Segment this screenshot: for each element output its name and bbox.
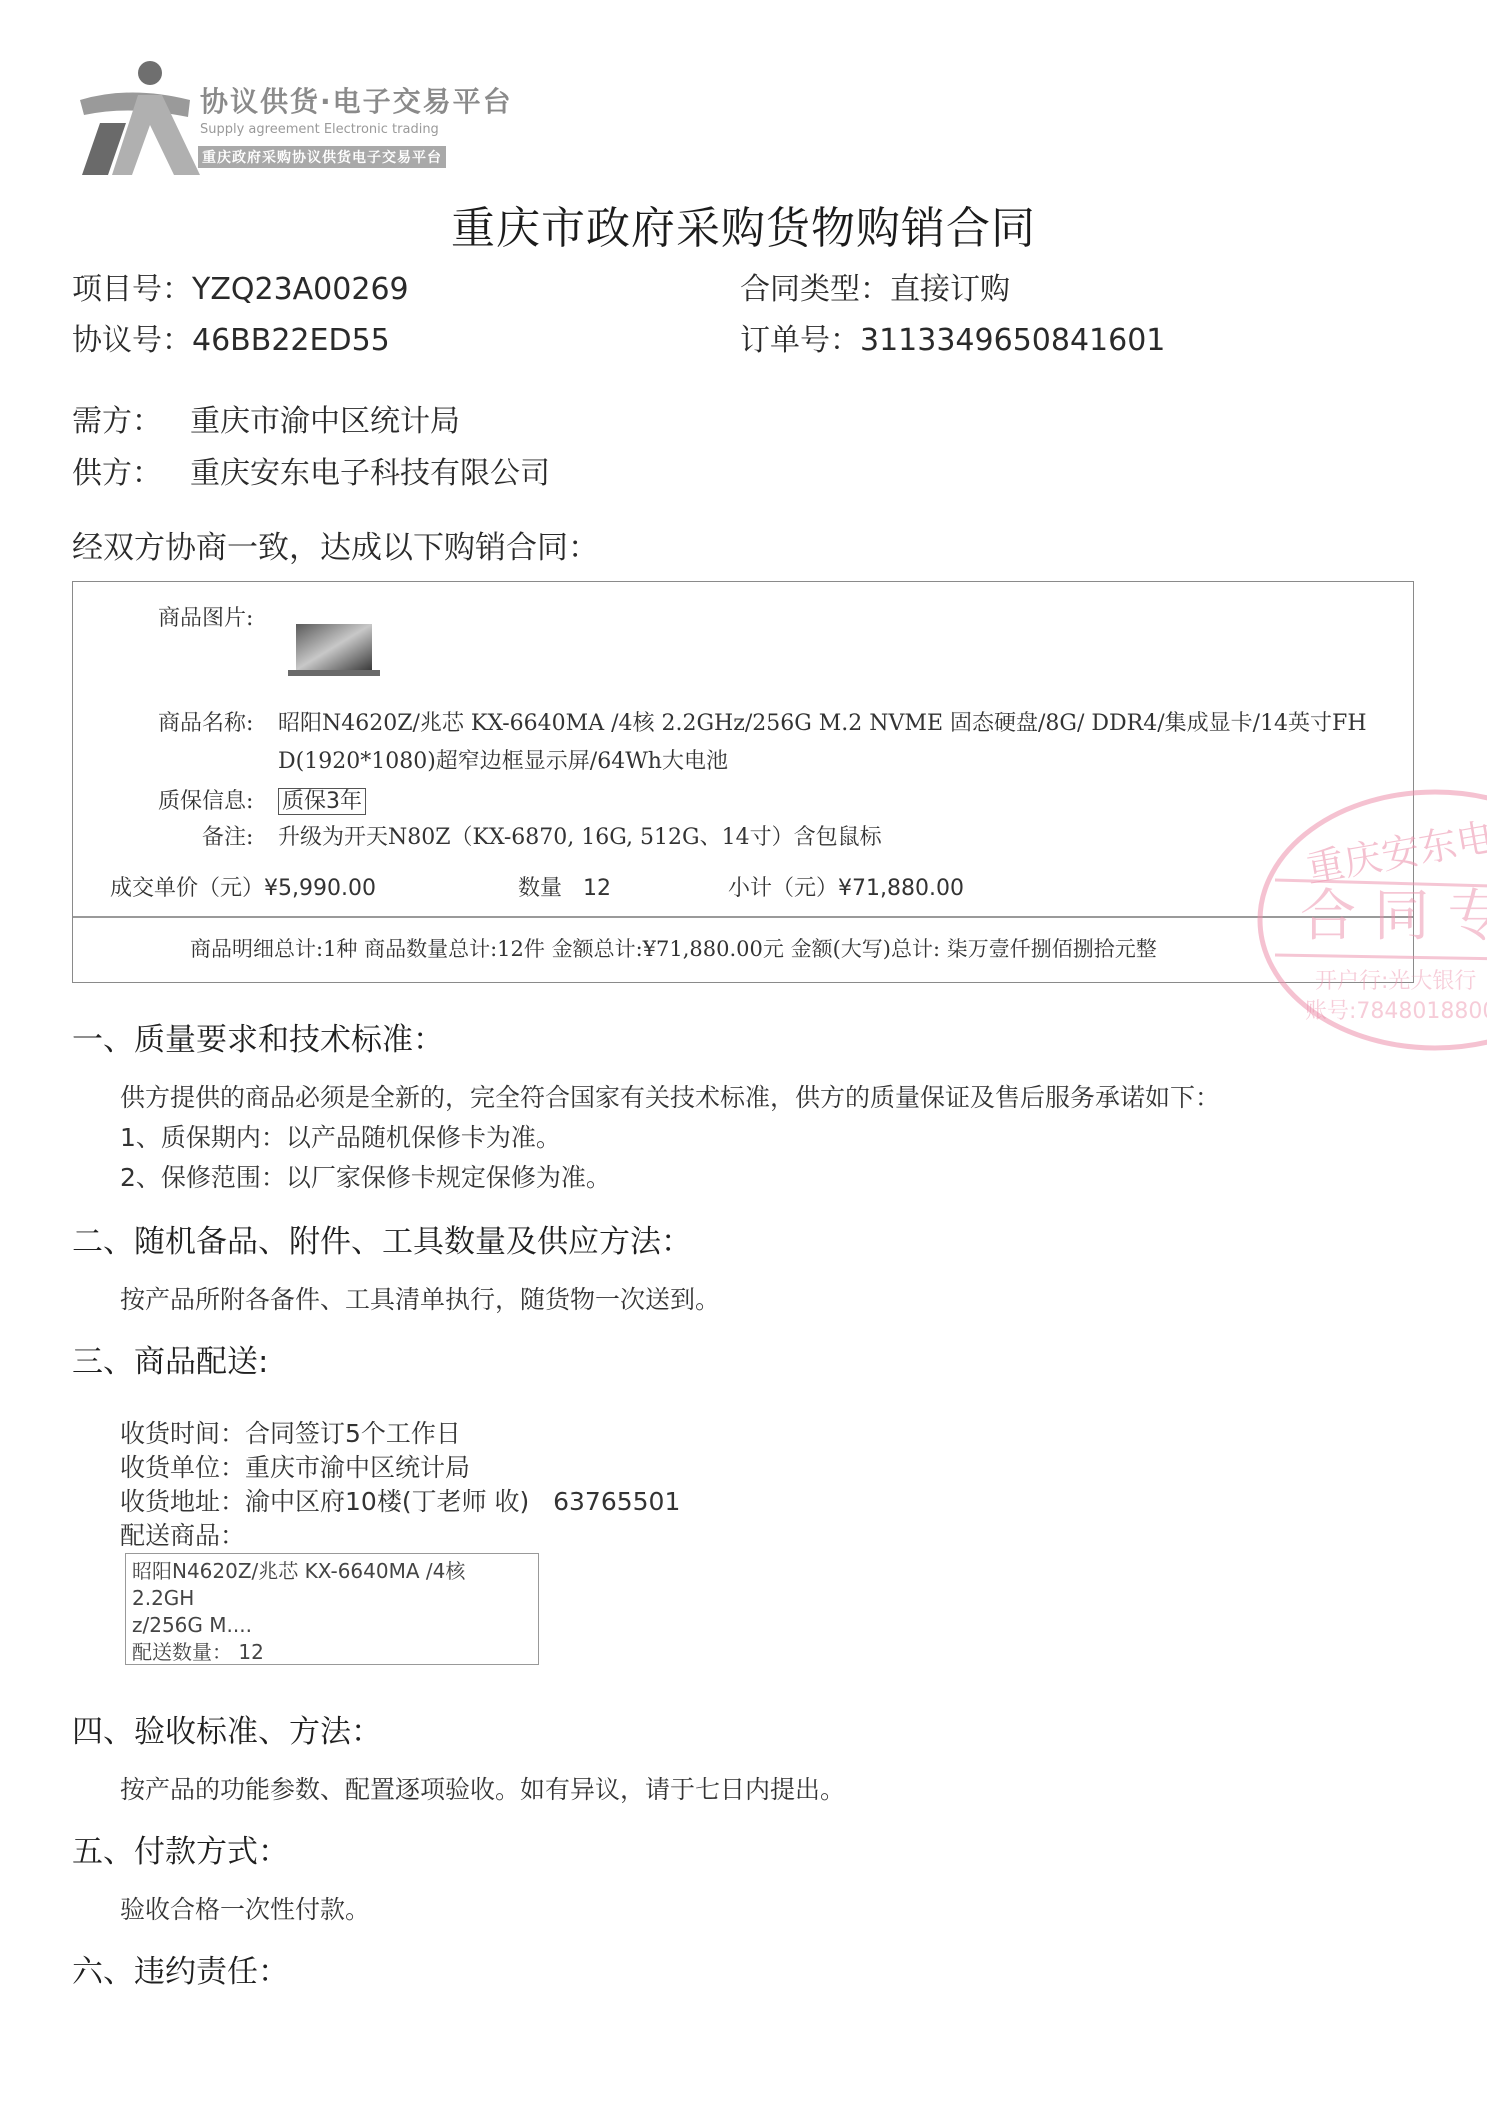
svg-text:账号:78480188000: 账号:78480188000 bbox=[1305, 999, 1487, 1024]
payment-line-1: 验收合格一次性付款。 bbox=[120, 1890, 370, 1926]
laptop-product-image-icon bbox=[288, 622, 380, 678]
supplier-label: 供方： bbox=[72, 448, 190, 492]
goods-name-line1: 昭阳N4620Z/兆芯 KX-6640MA /4核 2.2GHz/256G M.… bbox=[278, 706, 1367, 737]
project-number-label: 项目号： bbox=[72, 272, 192, 307]
divider bbox=[73, 916, 1413, 918]
unit-price: 成交单价（元）¥5,990.00 bbox=[110, 871, 376, 902]
delivery-time-label: 收货时间： bbox=[120, 1419, 245, 1448]
logo-subtitle-cn: 重庆政府采购协议供货电子交易平台 bbox=[198, 146, 446, 168]
order-number: 订单号：3113349650841601 bbox=[740, 315, 1165, 359]
agreement-number-value: 46BB22ED55 bbox=[192, 323, 390, 358]
goods-image-label: 商品图片: bbox=[158, 601, 253, 632]
quality-line-1: 供方提供的商品必须是全新的，完全符合国家有关技术标准，供方的质量保证及售后服务承… bbox=[120, 1078, 1220, 1114]
unit-price-label: 成交单价（元） bbox=[110, 876, 264, 901]
delivery-quantity: 配送数量： 12 bbox=[132, 1639, 532, 1666]
warranty-value: 质保3年 bbox=[278, 788, 366, 815]
delivery-unit-label: 收货单位： bbox=[120, 1453, 245, 1482]
delivery-unit: 收货单位：重庆市渝中区统计局 bbox=[120, 1448, 470, 1484]
quality-line-2: 1、质保期内：以产品随机保修卡为准。 bbox=[120, 1118, 561, 1154]
delivery-address-label: 收货地址： bbox=[120, 1487, 245, 1516]
project-number-value: YZQ23A00269 bbox=[192, 272, 409, 307]
section-heading-acceptance: 四、验收标准、方法： bbox=[72, 1706, 382, 1751]
section-heading-liability: 六、违约责任： bbox=[72, 1946, 289, 1991]
section-heading-accessories: 二、随机备品、附件、工具数量及供应方法： bbox=[72, 1216, 692, 1261]
supplier: 供方：重庆安东电子科技有限公司 bbox=[72, 448, 550, 492]
accessories-line-1: 按产品所附各备件、工具清单执行，随货物一次送到。 bbox=[120, 1280, 720, 1316]
order-number-value: 3113349650841601 bbox=[860, 323, 1165, 358]
supplier-value: 重庆安东电子科技有限公司 bbox=[190, 456, 550, 491]
delivery-address: 收货地址：渝中区府10楼(丁老师 收) 63765501 bbox=[120, 1482, 680, 1518]
quantity: 数量 12 bbox=[518, 871, 611, 902]
delivery-time: 收货时间：合同签订5个工作日 bbox=[120, 1414, 461, 1450]
buyer-label: 需方： bbox=[72, 396, 190, 440]
remark-label: 备注: bbox=[202, 820, 253, 851]
project-number: 项目号：YZQ23A00269 bbox=[72, 264, 409, 308]
contract-type-value: 直接订购 bbox=[890, 272, 1010, 307]
delivery-quantity-value: 12 bbox=[238, 1640, 263, 1664]
quantity-label: 数量 bbox=[518, 876, 562, 901]
delivery-goods-line1: 昭阳N4620Z/兆芯 KX-6640MA /4核 2.2GH bbox=[132, 1558, 532, 1612]
agreement-number-label: 协议号： bbox=[72, 323, 192, 358]
goods-name-line2: D(1920*1080)超窄边框显示屏/64Wh大电池 bbox=[278, 744, 728, 775]
section-heading-delivery: 三、商品配送: bbox=[72, 1336, 268, 1381]
unit-price-value: ¥5,990.00 bbox=[264, 876, 376, 901]
document-title: 重庆市政府采购货物购销合同 bbox=[0, 192, 1487, 256]
quantity-value: 12 bbox=[583, 876, 611, 901]
platform-logo-icon bbox=[70, 45, 210, 185]
logo-title: 协议供货·电子交易平台 bbox=[200, 80, 513, 120]
acceptance-line-1: 按产品的功能参数、配置逐项验收。如有异议，请于七日内提出。 bbox=[120, 1770, 845, 1806]
warranty-label: 质保信息: bbox=[158, 784, 253, 815]
goods-summary: 商品明细总计:1种 商品数量总计:12件 金额总计:¥71,880.00元 金额… bbox=[190, 933, 1157, 963]
goods-detail-box bbox=[72, 581, 1414, 983]
buyer: 需方：重庆市渝中区统计局 bbox=[72, 396, 460, 440]
contract-type: 合同类型：直接订购 bbox=[740, 264, 1010, 308]
section-heading-quality: 一、质量要求和技术标准： bbox=[72, 1014, 444, 1059]
contract-type-label: 合同类型： bbox=[740, 272, 890, 307]
delivery-goods-label: 配送商品： bbox=[120, 1516, 245, 1552]
goods-name-label: 商品名称: bbox=[158, 706, 253, 737]
section-heading-payment: 五、付款方式： bbox=[72, 1826, 289, 1871]
order-number-label: 订单号： bbox=[740, 323, 860, 358]
agreement-number: 协议号：46BB22ED55 bbox=[72, 315, 390, 359]
subtotal: 小计（元）¥71,880.00 bbox=[728, 871, 964, 902]
delivery-goods-box: 昭阳N4620Z/兆芯 KX-6640MA /4核 2.2GH z/256G M… bbox=[125, 1553, 539, 1665]
delivery-address-value: 渝中区府10楼(丁老师 收) 63765501 bbox=[245, 1487, 680, 1516]
remark-value: 升级为开天N80Z（KX-6870, 16G, 512G、14寸）含包鼠标 bbox=[278, 820, 882, 851]
subtotal-label: 小计（元） bbox=[728, 876, 838, 901]
delivery-time-value: 合同签订5个工作日 bbox=[245, 1419, 461, 1448]
warranty-badge: 质保3年 bbox=[278, 784, 366, 815]
contract-intro: 经双方协商一致，达成以下购销合同： bbox=[72, 522, 599, 567]
buyer-value: 重庆市渝中区统计局 bbox=[190, 404, 460, 439]
subtotal-value: ¥71,880.00 bbox=[838, 876, 964, 901]
delivery-unit-value: 重庆市渝中区统计局 bbox=[245, 1453, 470, 1482]
delivery-goods-line2: z/256G M.... bbox=[132, 1612, 532, 1639]
quality-line-3: 2、保修范围：以厂家保修卡规定保修为准。 bbox=[120, 1158, 611, 1194]
delivery-quantity-label: 配送数量： bbox=[132, 1640, 232, 1664]
logo-subtitle-en: Supply agreement Electronic trading bbox=[200, 122, 439, 137]
